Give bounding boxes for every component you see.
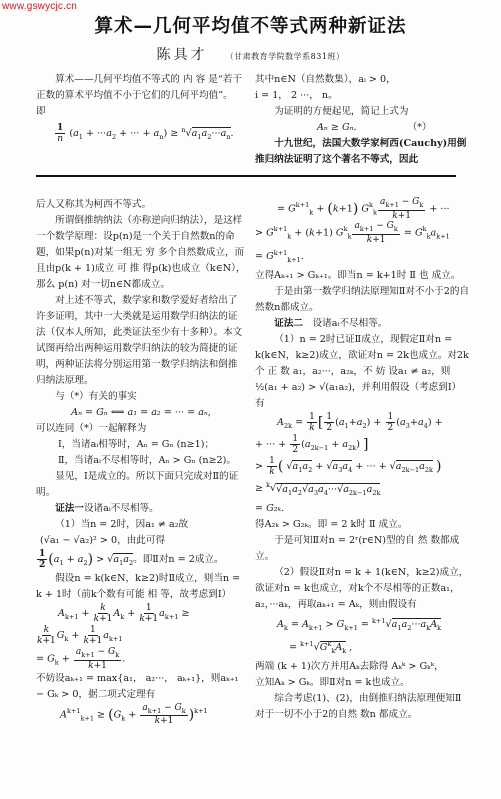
expansion-formula-3: = Gk+1k+1. bbox=[255, 245, 470, 268]
para-obvious: 显见，Ⅰ是成立的。所以下面只完成对Ⅱ的证明。 bbox=[36, 469, 246, 501]
para-final: 综合考虑(1)、(2)，由倒推归纳法原理便知Ⅱ对于一切不小于2的自然 数n 都成… bbox=[255, 691, 470, 723]
step1-formula1: (√a₁ − √a₂)² > 0，由此可得 bbox=[36, 533, 246, 549]
proof1-assume: 设诸aᵢ不尽相等。 bbox=[84, 503, 159, 514]
intro-p3: 十九世纪，法国大数学家柯西(Cauchy)用倒推归纳法证明了这个著名不等式，因此 bbox=[255, 136, 467, 168]
star-tag: （*） bbox=[408, 122, 432, 133]
ak-formula-2: = k+1√GkkAk , bbox=[255, 636, 470, 659]
intro-left-column: 算术——几何平均值不等式的 内 容 是“若干正数的算术平均值不小于它们的几何平均… bbox=[36, 72, 246, 145]
byline: 陈具才 （甘肃教育学院数学系831班） bbox=[0, 44, 501, 64]
proof2-heading: 证法二 bbox=[274, 318, 303, 329]
para-thus: 立知Aₖ > Gₖ。即Ⅱ对n = k也成立。 bbox=[255, 675, 470, 691]
star-formula-line: Aₙ ≥ Gₙ. （*） bbox=[255, 120, 467, 136]
star-formula: Aₙ ≥ Gₙ. bbox=[317, 122, 357, 133]
para-wlog: 不妨设aₖ₊₁ = max{a₁， a₂···， aₖ₊₁}，则aₖ₊₁ − G… bbox=[36, 671, 246, 703]
para-fact: 与（*）有关的事实 bbox=[36, 389, 246, 405]
conclude-2: 于是由第一数学归纳法原理知Ⅱ对不小于2的自然数n都成立。 bbox=[255, 284, 470, 316]
case-1: Ⅰ，当诸aᵢ相等时，Aₙ = Gₙ (n≥1)； bbox=[36, 437, 246, 453]
step1-formula2: 12(a1 + a2) > √a1a2。即Ⅱ对n = 2成立。 bbox=[36, 549, 246, 571]
ak-formula-1: Ak = Ak+1 > Gk+1 = k+1√a1a2···akAk bbox=[255, 613, 470, 636]
step1: （1）当n = 2时，因a₁ ≠ a₂故 bbox=[36, 517, 246, 533]
induction-formula-1: Ak+1 + kk+1Ak + 1k+1ak+1 ≥ bbox=[36, 603, 246, 625]
intro-line1: 其中n∈N（自然数集），aᵢ > 0， bbox=[255, 72, 467, 88]
expansion-formula-2: > Gk+1k + (k+1) Gkkak+1 − Gkk+1 = Gkkak+… bbox=[255, 221, 470, 245]
a2k-formula-2: + ··· + 12(a2k−1 + a2k) ] bbox=[255, 434, 470, 456]
conclude-1: 立得Aₖ₊₁ > Gₖ₊₁。即当n = k+1时 Ⅱ 也 成立。 bbox=[255, 268, 470, 284]
para-backward-induction: 所谓倒推纳纳法（亦称逆向归纳法），是这样一个数学原理：设p(n)是一个关于自然数… bbox=[36, 213, 246, 293]
fact-formula: Aₙ = Gₙ ⟺ a₁ = a₂ = ··· = aₙ, bbox=[36, 405, 246, 421]
a2k-formula-1: A2k = 1k[12(a1+a2) + 12(a3+a4) + bbox=[255, 412, 470, 434]
amgm-formula: 1n (a1 + ···a2 + ··· + an) ≥ n√a1a2···an… bbox=[36, 122, 246, 145]
got-a2k: 得A₂ₖ > G₂ₖ。即 = 2 k时 Ⅱ 成立。 bbox=[255, 517, 470, 533]
a2k-formula-5: = G₂ₖ. bbox=[255, 501, 470, 517]
right-column: = Gk+1k + (k+1) Gkkak+1 − Gkk+1 + ··· > … bbox=[255, 197, 470, 723]
a2k-formula-3: > 1k( √a1a2 + √a3a4 + ··· + √a2k−1a2k ) bbox=[255, 456, 470, 478]
proof2-assume: 设诸aᵢ不尽相等。 bbox=[313, 318, 388, 329]
para-explain: 可以连同（*）一起解释为 bbox=[36, 421, 246, 437]
induction-formula-3: = Gk + ak+1 − Gkk+1. bbox=[36, 647, 246, 671]
case-2: Ⅱ，当诸aᵢ不尽相等时，Aₙ > Gₙ (n≥2)。 bbox=[36, 453, 246, 469]
para-both-sides: 两端 (k + 1)次方并用Aₖ去除得 Aₖᵏ > Gₖᵏ， bbox=[255, 659, 470, 675]
para-power2: 于是可知Ⅱ对n = 2ʳ(r∈N)型的自 然 数都成立。 bbox=[255, 533, 470, 565]
expansion-formula-1: = Gk+1k + (k+1) Gkkak+1 − Gkk+1 + ··· bbox=[255, 197, 470, 221]
step1-conclusion: 即Ⅱ对n = 2成立。 bbox=[143, 554, 224, 565]
para-cauchy: 后人又称其为柯西不等式。 bbox=[36, 197, 246, 213]
proof1-heading: 证法一 bbox=[55, 503, 84, 514]
author-affiliation: （甘肃教育学院数学系831班） bbox=[226, 52, 345, 61]
proof2-step1: （1）n = 2时已证Ⅱ成立，现假定Ⅱ对n = k(k∈N，k≥2)成立，欲证对… bbox=[255, 332, 470, 412]
a2k-formula-4: ≥ k√√a1a2√a3a4···√a2k−1a2k bbox=[255, 477, 470, 500]
author-name: 陈具才 bbox=[157, 47, 208, 63]
section-divider bbox=[36, 175, 456, 177]
page-title: 算术—几何平均值不等式两种新证法 bbox=[0, 12, 501, 38]
left-column: 后人又称其为柯西不等式。 所谓倒推纳纳法（亦称逆向归纳法），是这样一个数学原理：… bbox=[36, 197, 246, 726]
intro-right-column: 其中n∈N（自然数集），aᵢ > 0， i = 1， 2 ···， n。 为证明… bbox=[255, 72, 467, 168]
intro-paragraph: 算术——几何平均值不等式的 内 容 是“若干正数的算术平均值不小于它们的几何平均… bbox=[36, 72, 246, 104]
intro-ji: 即 bbox=[36, 104, 246, 120]
binomial-formula: Ak+1k+1 ≥ (Gk + ak+1 − Gkk+1)k+1 bbox=[36, 703, 246, 727]
para-many-proofs: 对上述不等式，数学家和数学爱好者给出了许多证明，其中一大类就是运用数学归纳法的证… bbox=[36, 293, 246, 389]
para-assume-k: 假设n = k(k∈N，k≥2)时Ⅱ成立，则当n = k + 1时（前k个数有可… bbox=[36, 571, 246, 603]
induction-formula-2: kk+1Gk + 1k+1ak+1 bbox=[36, 625, 246, 647]
site-watermark: www.gswycjc.cn bbox=[2, 1, 77, 12]
intro-p2: 为证明的方便起见，简记上式为 bbox=[255, 104, 467, 120]
proof2-step2: （2）假设Ⅱ对n = k + 1(k∈N，k≥2)成立，欲证对n = k也成立，… bbox=[255, 565, 470, 613]
intro-line2: i = 1， 2 ···， n。 bbox=[255, 88, 467, 104]
